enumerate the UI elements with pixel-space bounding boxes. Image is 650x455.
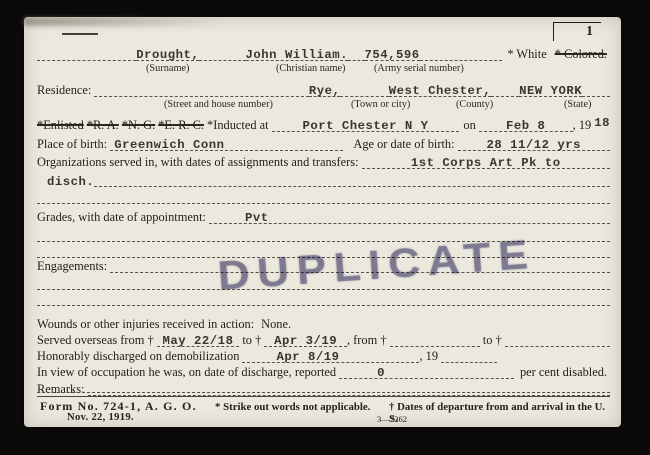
- surname-value: Drought,: [136, 49, 199, 62]
- name-sublabels: (Surname) (Christian name) (Army serial …: [24, 63, 621, 75]
- organizations-value-2: disch.: [37, 176, 94, 189]
- inducted-at-label: *Inducted at: [207, 119, 272, 132]
- on-label: on: [459, 119, 478, 132]
- birth-line: Place of birth: Greenwich Conn Age or da…: [37, 132, 610, 151]
- christian-name-value: John William.: [246, 49, 348, 62]
- residence-sublabels: (Street and house number) (Town or city)…: [24, 99, 621, 111]
- christian-sublabel: (Christian name): [276, 63, 345, 74]
- photo-background: 1 Drought, John William. 754,596 * White…: [0, 0, 650, 455]
- induction-date-field: Feb 8: [479, 118, 573, 132]
- dotted-fill: [348, 60, 365, 61]
- colored-label: * Colored.: [550, 48, 610, 61]
- ng-option: *N. G.: [122, 119, 158, 132]
- dotted-fill: [340, 96, 388, 97]
- grades-line: Grades, with date of appointment: Pvt: [37, 205, 610, 224]
- induction-line: *Enlisted *R. A. *N. G. *E. R. C. *Induc…: [37, 113, 610, 132]
- strike-note: * Strike out words not applicable.: [215, 401, 370, 413]
- residence-line: Residence: Rye, West Chester, NEW YORK: [37, 78, 610, 97]
- birthplace-field: Greenwich Conn: [110, 137, 343, 151]
- surname-sublabel: (Surname): [146, 63, 189, 74]
- residence-town-value: Rye,: [309, 85, 341, 98]
- erc-option: *E. R. C.: [158, 119, 207, 132]
- remarks-label: Remarks:: [37, 383, 88, 396]
- form-date: Nov. 22, 1919.: [67, 412, 134, 423]
- dotted-fill: [37, 60, 136, 61]
- print-code: 3—7362: [377, 414, 407, 424]
- typed-dash-mark: [62, 33, 98, 35]
- residence-label: Residence:: [37, 84, 94, 97]
- serial-number-value: 754,596: [365, 49, 420, 62]
- dotted-fill: [94, 186, 610, 187]
- year-prefix: , 19: [573, 119, 595, 132]
- residence-state-value: NEW YORK: [519, 85, 582, 98]
- serial-sublabel: (Army serial number): [374, 63, 464, 74]
- dotted-fill: [420, 60, 503, 61]
- age-field: 28 11/12 yrs: [458, 137, 610, 151]
- induction-place-field: Port Chester N Y: [272, 118, 460, 132]
- residence-county-field: West Chester,: [389, 83, 491, 97]
- dotted-fill: [491, 96, 519, 97]
- surname-field: Drought,: [136, 47, 199, 61]
- residence-state-field: NEW YORK: [519, 83, 582, 97]
- name-line: Drought, John William. 754,596 * White *…: [37, 42, 610, 61]
- page-number: 1: [553, 22, 601, 41]
- residence-county-value: West Chester,: [389, 85, 491, 98]
- organizations-field: 1st Corps Art Pk to: [362, 155, 610, 169]
- ra-option: *R. A.: [87, 119, 122, 132]
- service-record-card: 1 Drought, John William. 754,596 * White…: [24, 17, 621, 427]
- street-sublabel: (Street and house number): [164, 99, 273, 110]
- town-sublabel: (Town or city): [351, 99, 410, 110]
- enlisted-option: *Enlisted: [37, 119, 87, 132]
- remarks-line: Remarks:: [37, 377, 610, 396]
- county-sublabel: (County): [456, 99, 493, 110]
- blank-rule: [37, 305, 610, 306]
- induction-year-value: 18: [594, 117, 610, 130]
- christian-name-field: John William.: [246, 47, 348, 61]
- grades-field: Pvt: [209, 210, 610, 224]
- residence-town-field: Rye,: [309, 83, 341, 97]
- blank-rule: [37, 203, 610, 204]
- grades-value: Pvt: [209, 212, 269, 225]
- card-edge-smudge: [24, 17, 224, 26]
- dotted-fill: [94, 96, 309, 97]
- grades-label: Grades, with date of appointment:: [37, 211, 209, 224]
- white-label: * White: [502, 48, 549, 61]
- state-sublabel: (State): [564, 99, 591, 110]
- dagger-note: † Dates of departure from and arrival in…: [389, 401, 610, 425]
- serial-number-field: 754,596: [365, 47, 420, 61]
- dotted-fill: [582, 96, 610, 97]
- engagements-label: Engagements:: [37, 260, 110, 273]
- footer-rule-solid: [37, 396, 610, 397]
- footer-rule-dashed: [37, 392, 610, 393]
- dotted-fill: [199, 60, 245, 61]
- organizations-line-2: disch.: [37, 168, 610, 187]
- organizations-line: Organizations served in, with dates of a…: [37, 150, 610, 169]
